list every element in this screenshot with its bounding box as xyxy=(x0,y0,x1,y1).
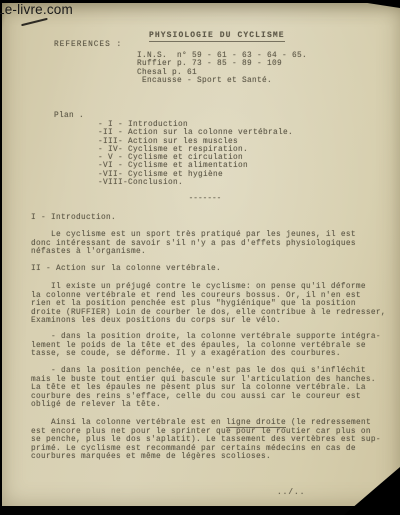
paragraph-position-droite: - dans la position droite, la colonne ve… xyxy=(31,333,381,359)
introduction-paragraph: Le cyclisme est un sport très pratiqué p… xyxy=(31,231,356,257)
references-label: REFERENCES : xyxy=(54,41,122,50)
text-line: Encausse - Sport et Santé. xyxy=(137,77,307,85)
text-line: -VII- Cyclisme et hygiène xyxy=(98,171,293,179)
text-line: courbures marquées et même de légères sc… xyxy=(31,453,381,462)
text-line: - IV- Cyclisme et respiration. xyxy=(98,146,293,154)
text-line: rien et la position penchée est plus "hy… xyxy=(31,300,386,309)
paragraph-conclusion-rest: est encore plus net pour le sprinter que… xyxy=(31,428,381,462)
text-line: - dans la position droite, la colonne ve… xyxy=(31,333,381,342)
text-line: Examinons les deux positions du corps su… xyxy=(31,317,386,326)
text-line: est encore plus net pour le sprinter que… xyxy=(31,428,381,437)
text-line: Le cyclisme est un sport très pratiqué p… xyxy=(31,231,356,240)
continuation-mark: ../.. xyxy=(277,489,305,498)
plan-list: - I - Introduction-II - Action sur la co… xyxy=(98,121,293,187)
text-line: Ruffier p. 73 - 85 - 89 - 109 xyxy=(137,60,307,68)
text-line: obligé de relever la tête. xyxy=(31,401,376,410)
paragraph-position-penchee: - dans la position penchée, ce n'est pas… xyxy=(31,367,376,410)
section-heading-introduction: I - Introduction. xyxy=(31,214,116,223)
text-line: Il existe un préjugé contre le cyclisme:… xyxy=(31,283,386,292)
text-line: donc intéressant de savoir s'il n'y a pa… xyxy=(31,240,356,249)
references-list: I.N.S. n° 59 - 61 - 63 - 64 - 65.Ruffier… xyxy=(137,52,307,85)
text-line: mais le buste tout entier qui bascule su… xyxy=(31,376,376,385)
text-line: -VIII-Conclusion. xyxy=(98,179,293,187)
text-line: néfastes à l'organisme. xyxy=(31,248,356,257)
paragraph-prejuge: Il existe un préjugé contre le cyclisme:… xyxy=(31,283,386,326)
page-bottom-edge xyxy=(0,506,400,515)
text-line: primé. Le cyclisme est recommandé par ce… xyxy=(31,445,381,454)
watermark-text: Le-livre.com xyxy=(0,2,73,17)
text-line: -VI - Cyclisme et alimentation xyxy=(98,162,293,170)
page-left-edge xyxy=(0,0,2,515)
text-line: - dans la position penchée, ce n'est pas… xyxy=(31,367,376,376)
text-line: courbure des reins s'efface, celle du co… xyxy=(31,393,376,402)
text-line: -III- Action sur les muscles xyxy=(98,138,293,146)
text-line: tasse, se coude, se déforme. Il y a exag… xyxy=(31,350,381,359)
text-line: la colonne vertébrale et rend les coureu… xyxy=(31,292,386,301)
text-line: se penche, plus le dos s'aplatit). Le ta… xyxy=(31,436,381,445)
document-title-text: PHYSIOLOGIE DU CYCLISME xyxy=(149,31,285,42)
text-line: Chesal p. 61 xyxy=(137,69,307,77)
paragraph-conclusion-first-line: Ainsi la colonne vertébrale est en ligne… xyxy=(31,419,371,428)
plan-label: Plan . xyxy=(54,112,84,121)
text-line: -II - Action sur la colonne vertébrale. xyxy=(98,129,293,137)
section-separator: ------- xyxy=(5,195,400,204)
section-heading-colonne-vertebrale: II - Action sur la colonne vertébrale. xyxy=(31,265,221,274)
text-line: La tête et les épaules ne pèsent plus su… xyxy=(31,384,376,393)
text-segment: Ainsi la colonne vertébrale est en xyxy=(31,419,226,427)
scan-background: Le-livre.com PHYSIOLOGIE DU CYCLISME REF… xyxy=(0,0,400,515)
text-line: droite (RUFFIER) Loin de courber le dos,… xyxy=(31,309,386,318)
text-line: lement le poids de la tête et des épaule… xyxy=(31,342,381,351)
text-segment: (le redressement xyxy=(286,419,371,427)
